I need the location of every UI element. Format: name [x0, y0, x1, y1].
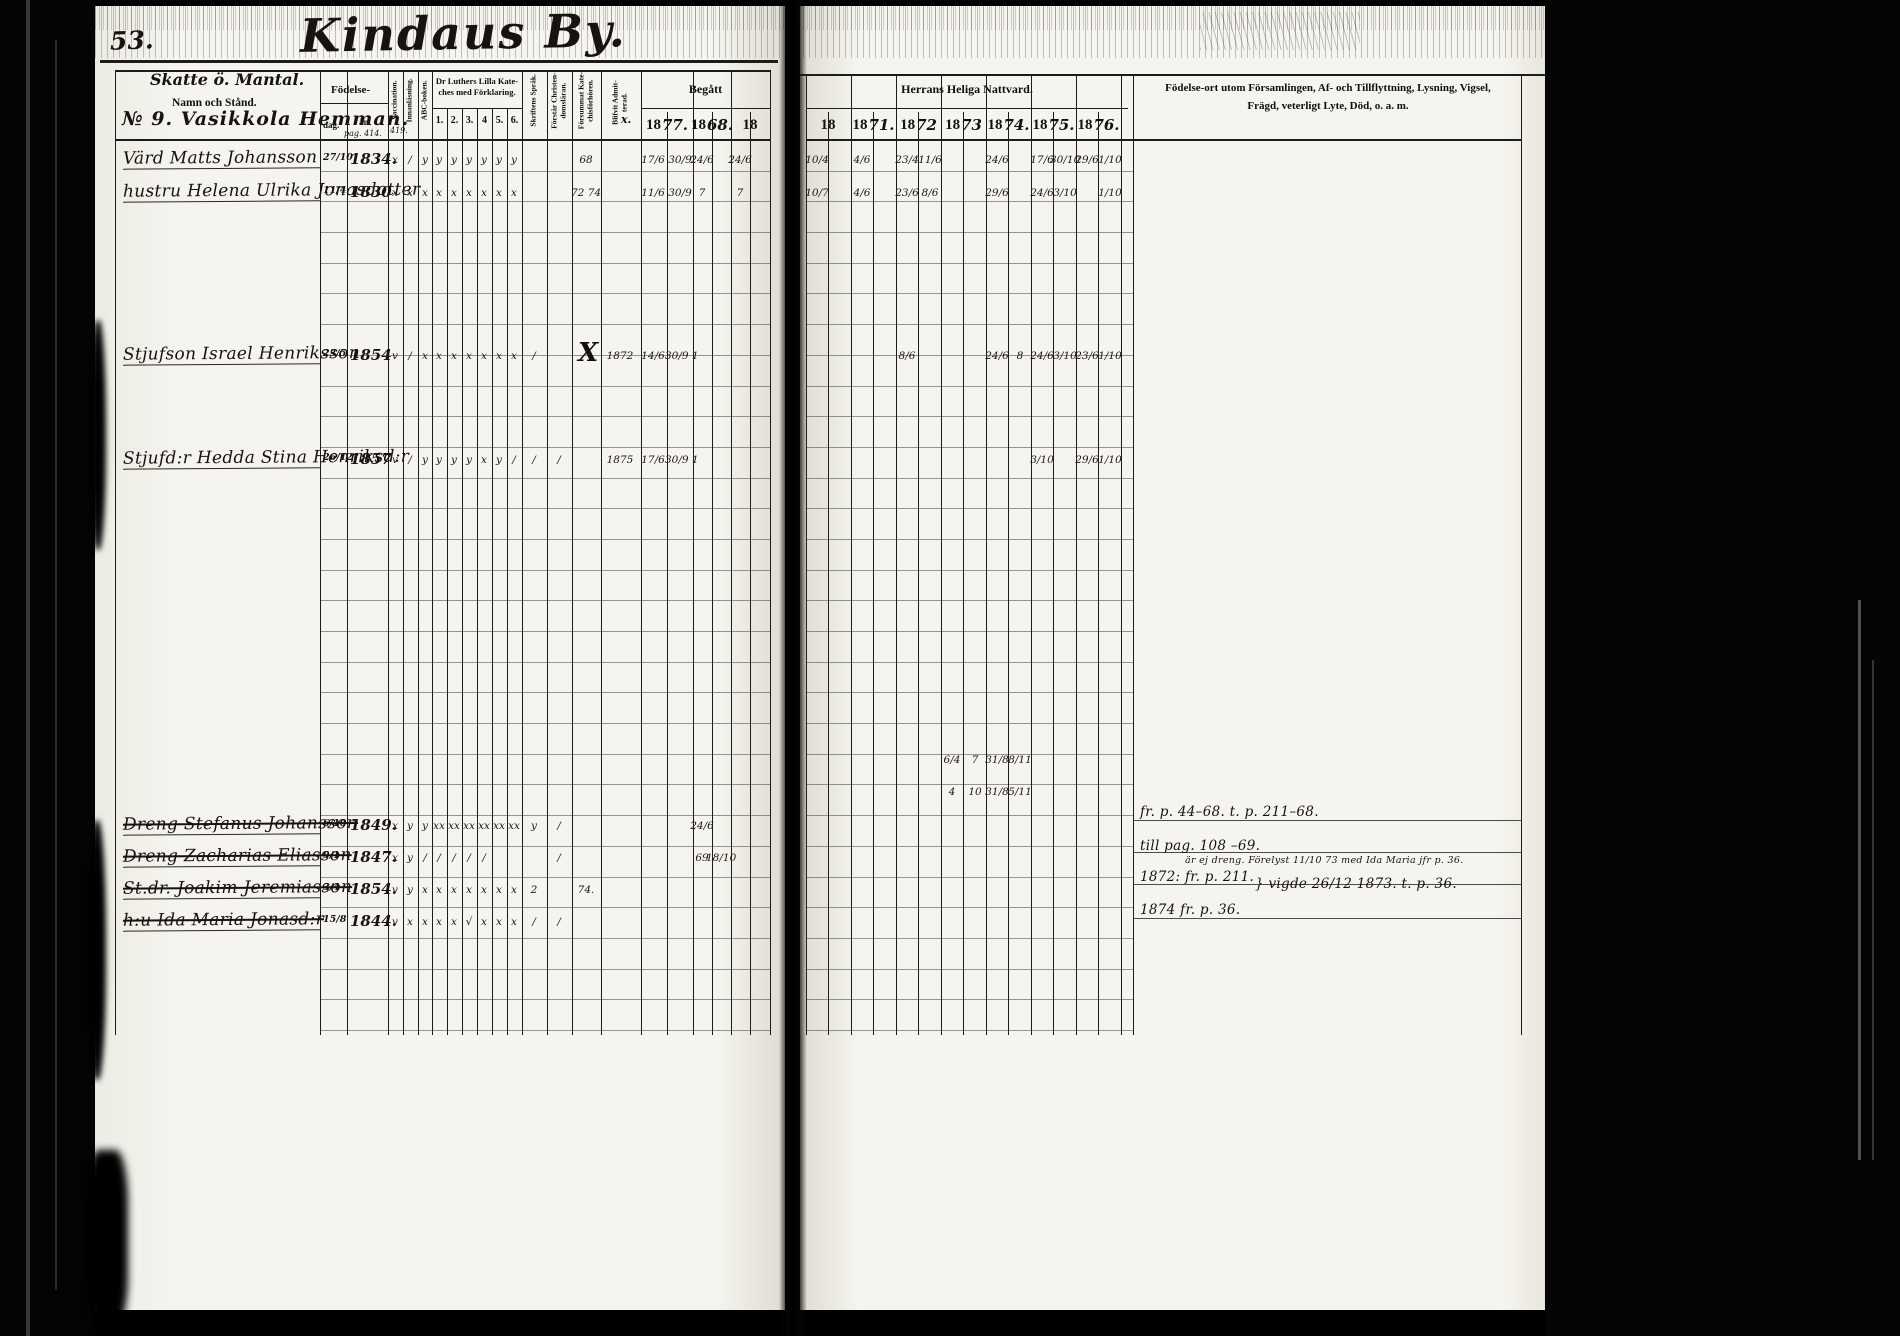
scan-streak: [55, 40, 57, 1290]
grid-line: [320, 324, 770, 325]
grid-line: [320, 938, 770, 939]
grid-line: [806, 600, 1133, 601]
page-title: Kindaus By.: [300, 3, 627, 63]
year-label: 1868.: [693, 112, 731, 138]
grid-line: [873, 112, 874, 1035]
year-handwritten: 71.: [868, 116, 894, 134]
year-handwritten: 72: [916, 116, 937, 134]
birth-day: 23/5: [323, 348, 346, 359]
grid-line: [115, 70, 770, 72]
header-notes-line1: Födelse-ort utom Församlingen, Af- och T…: [1140, 80, 1516, 98]
header-skatte-mantal: Skatte ö. Mantal.: [150, 70, 304, 89]
grid-line: [806, 386, 1133, 387]
ink-blot: [86, 1150, 128, 1328]
grid-line: [320, 171, 770, 172]
grid-line: [320, 784, 770, 785]
year-handwritten: 74.: [1003, 116, 1029, 134]
grid-line: [806, 508, 1133, 509]
table-cell-mark: 1/10: [1095, 350, 1125, 362]
grid-line: [320, 539, 770, 540]
ink-blot: [90, 320, 106, 550]
person-name: Dreng Stefanus Johansson: [123, 813, 321, 835]
header-forsummat-katekesforhoren: Försummat Kate- chisförhören.: [577, 68, 594, 134]
year-printed: 18: [1077, 117, 1092, 134]
year-handwritten: 76.: [1093, 116, 1119, 134]
table-cell-mark: 2: [519, 884, 549, 896]
grid-line: [731, 70, 732, 1035]
table-cell-mark: 3/10: [1027, 454, 1057, 466]
year-printed: 18: [987, 117, 1002, 134]
table-cell-mark: 8/11: [1005, 754, 1035, 766]
person-name: h:u Ida Maria Jonasd:r: [123, 909, 321, 931]
grid-line: [806, 293, 1133, 294]
margin-note: fr. p. 44–68. t. p. 211–68.: [1140, 804, 1319, 820]
margin-note: 1872: fr. p. 211.: [1140, 869, 1254, 885]
grid-line: [806, 1030, 1133, 1031]
year-label: 1872: [896, 112, 941, 138]
grid-line: [896, 75, 897, 1035]
grid-line: [806, 447, 1133, 448]
grid-line: [806, 201, 1133, 202]
grid-line: [320, 201, 770, 202]
page-number: 53.: [110, 25, 154, 56]
table-cell-mark: 1872: [605, 350, 635, 362]
grid-line: [851, 75, 852, 1035]
grid-line: [320, 692, 770, 693]
grid-line: [806, 846, 1133, 847]
grid-line: [320, 999, 770, 1000]
table-cell-mark: /: [544, 454, 574, 466]
grid-line: [320, 662, 770, 663]
grid-line: [918, 112, 919, 1035]
grid-line: [806, 815, 1133, 816]
grid-line: [770, 70, 771, 1035]
header-notes-column: Födelse-ort utom Församlingen, Af- och T…: [1140, 80, 1516, 115]
year-label: 1873: [941, 112, 986, 138]
grid-line: [320, 877, 770, 878]
grid-line: [963, 112, 964, 1035]
grid-line: [750, 112, 751, 1035]
grid-line: [806, 907, 1133, 908]
left-scan-margin: [0, 0, 95, 1336]
grid-line: [320, 103, 388, 104]
year-handwritten: 75.: [1048, 116, 1074, 134]
birth-day: 15/8: [323, 914, 346, 925]
grid-line: [115, 70, 116, 1035]
grid-line: [1098, 112, 1099, 1035]
year-printed: 18: [691, 117, 706, 134]
person-name: Dreng Zacharias Eliasson: [123, 845, 321, 867]
table-cell-mark: 11/6: [915, 154, 945, 166]
year-printed: 18: [743, 117, 758, 134]
header-abc-boken: ABC-boken.: [421, 67, 430, 133]
table-cell-mark: y: [499, 154, 529, 166]
grid-line: [1521, 75, 1522, 1035]
table-cell-mark: 30/9 1: [665, 350, 695, 362]
year-printed: 18: [821, 117, 836, 134]
table-cell-mark: 17/6: [638, 154, 668, 166]
table-cell-mark: 1875: [605, 454, 635, 466]
katekes-column-number: 2.: [447, 115, 462, 126]
grid-line: [320, 570, 770, 571]
handwritten-mark: x.: [621, 113, 631, 126]
grid-line: [806, 969, 1133, 970]
birth-day: 6/10: [323, 818, 346, 829]
table-cell-mark: 4/6: [847, 187, 877, 199]
table-cell-mark: 29/6: [982, 187, 1012, 199]
grid-line: [941, 75, 942, 1035]
grid-line: [320, 386, 770, 387]
table-cell-mark: 3/10: [1050, 187, 1080, 199]
grid-line: [320, 907, 770, 908]
farm-subheader: № 9. Vasikkola Hemman.: [122, 108, 409, 130]
table-cell-mark: 30/9 1: [665, 454, 695, 466]
table-cell-mark: 14/6: [638, 350, 668, 362]
header-katekes-line1: Dr Luthers Lilla Kate-: [432, 76, 522, 87]
large-cross-mark: X: [578, 338, 598, 368]
table-cell-mark: 24/6: [725, 154, 755, 166]
table-cell-mark: 4/6: [847, 154, 877, 166]
person-name: hustru Helena Ulrika Jonasdotter: [123, 180, 321, 202]
year-printed: 18: [945, 117, 960, 134]
grid-line: [806, 631, 1133, 632]
grid-line: [1121, 75, 1122, 1035]
grid-line: [320, 508, 770, 509]
grid-line: [115, 139, 770, 141]
birth-day: 27/10: [323, 152, 353, 163]
grid-line: [601, 70, 602, 1035]
grid-line: [1076, 75, 1077, 1035]
header-katekes-line2: ches med Förklaring.: [432, 87, 522, 98]
katekes-column-number: 6.: [507, 115, 522, 126]
grid-line: [806, 324, 1133, 325]
grid-line: [320, 478, 770, 479]
table-cell-mark: /: [544, 916, 574, 928]
person-name: Värd Matts Johansson: [123, 147, 321, 169]
scan-streak: [1872, 660, 1874, 1160]
grid-line: [667, 112, 668, 1035]
grid-line: [1053, 112, 1054, 1035]
grid-line: [320, 631, 770, 632]
year-printed: 18: [646, 117, 661, 134]
grid-line: [320, 263, 770, 264]
year-label: 1876.: [1076, 112, 1121, 138]
grid-line: [641, 108, 770, 109]
grid-line: [806, 877, 1133, 878]
table-cell-mark: 24/6: [982, 154, 1012, 166]
grid-line: [800, 74, 1545, 76]
grid-line: [806, 139, 1521, 141]
table-cell-mark: 7: [687, 187, 717, 199]
book-gutter: [779, 0, 807, 1336]
grid-line: [1008, 112, 1009, 1035]
grid-line: [693, 70, 694, 1035]
table-cell-mark: /: [469, 852, 499, 864]
grid-line: [806, 171, 1133, 172]
katekes-column-number: 5.: [492, 115, 507, 126]
table-cell-mark: 17/6: [638, 454, 668, 466]
person-name: Stjufd:r Hedda Stina Henriksd:r: [123, 447, 321, 469]
table-cell-mark: 7: [725, 187, 755, 199]
year-label: 18: [731, 112, 770, 138]
grid-line: [320, 600, 770, 601]
grid-line: [320, 232, 770, 233]
grid-line: [806, 570, 1133, 571]
scan-streak: [26, 0, 30, 1336]
grid-line: [1133, 918, 1521, 919]
table-cell-mark: 18/10: [706, 852, 736, 864]
year-label: 1875.: [1031, 112, 1076, 138]
grid-line: [1133, 820, 1521, 821]
right-scan-margin: [1545, 0, 1900, 1336]
grid-line: [828, 112, 829, 1035]
header-katekes: Dr Luthers Lilla Kate- ches med Förklari…: [432, 76, 522, 99]
birth-day: 3/4: [323, 882, 340, 893]
scan-streak: [1858, 600, 1861, 1160]
header-skriftens-sprak: Skriftens Språk.: [530, 67, 539, 133]
table-cell-mark: 11/6: [638, 187, 668, 199]
table-cell-mark: 5/11: [1005, 786, 1035, 798]
year-label: 1871.: [851, 112, 896, 138]
grid-line: [806, 723, 1133, 724]
year-label: 18: [806, 112, 851, 138]
church-record-book-spread: 53. Kindaus By. Skatte ö. Mantal. Namn o…: [0, 0, 1900, 1336]
year-handwritten: 68.: [707, 116, 733, 134]
grid-line: [320, 293, 770, 294]
year-handwritten: 73: [961, 116, 982, 134]
grid-line: [320, 723, 770, 724]
grid-line: [432, 108, 522, 109]
header-herrans-heliga-nattvard: Herrans Heliga Nattvard.: [806, 82, 1128, 97]
year-label: 1874.: [986, 112, 1031, 138]
grid-line: [320, 754, 770, 755]
grid-line: [806, 662, 1133, 663]
pencil-hatch-marks: [1200, 12, 1360, 50]
header-begatt: Begått: [641, 82, 770, 97]
birth-day: 9/1: [323, 850, 340, 861]
table-cell-mark: 72 74: [571, 187, 601, 199]
grid-line: [806, 108, 1128, 109]
katekes-column-number: 3.: [462, 115, 477, 126]
table-cell-mark: x: [499, 187, 529, 199]
table-cell-mark: 10/7: [802, 187, 832, 199]
person-name: Stjufson Israel Henriksson: [123, 343, 321, 365]
grid-line: [806, 416, 1133, 417]
year-printed: 18: [852, 117, 867, 134]
margin-note: } vigde 26/12 1873. t. p. 36.: [1255, 876, 1457, 892]
grid-line: [806, 999, 1133, 1000]
birth-day: 26/12: [323, 452, 353, 463]
table-cell-mark: /: [544, 852, 574, 864]
table-cell-mark: 1/10: [1095, 154, 1125, 166]
grid-line: [806, 232, 1133, 233]
grid-line: [320, 416, 770, 417]
table-cell-mark: 8/6: [892, 350, 922, 362]
ink-blot: [88, 820, 106, 1080]
table-cell-mark: 24/6: [687, 154, 717, 166]
page-reference-note: pag. 414.: [344, 129, 382, 138]
katekes-column-number: 1.: [432, 115, 447, 126]
table-cell-mark: 74.: [571, 884, 601, 896]
grid-line: [806, 478, 1133, 479]
table-cell-mark: 24/6: [687, 820, 717, 832]
grid-line: [806, 692, 1133, 693]
grid-line: [806, 263, 1133, 264]
grid-line: [806, 75, 807, 1035]
grid-line: [1133, 75, 1134, 1035]
year-printed: 18: [900, 117, 915, 134]
grid-line: [641, 70, 642, 1035]
header-notes-line2: Frägd, veterligt Lyte, Död, o. a. m.: [1140, 98, 1516, 116]
grid-line: [320, 846, 770, 847]
grid-line: [806, 938, 1133, 939]
year-printed: 18: [1032, 117, 1047, 134]
grid-line: [100, 60, 778, 63]
katekes-column-number: 4: [477, 115, 492, 126]
grid-line: [1031, 75, 1032, 1035]
person-name: St.dr. Joakim Jeremiasson: [123, 877, 321, 899]
grid-line: [320, 1030, 770, 1031]
margin-note: är ej dreng. Förelyst 11/10 73 med Ida M…: [1185, 855, 1464, 866]
grid-line: [986, 75, 987, 1035]
birth-day: 11/4: [323, 185, 346, 196]
table-cell-mark: 10/4: [802, 154, 832, 166]
table-cell-mark: /: [519, 350, 549, 362]
year-handwritten: 77.: [662, 116, 688, 134]
grid-line: [320, 969, 770, 970]
grid-line: [712, 112, 713, 1035]
header-fodelse: Födelse-: [331, 84, 370, 96]
header-forstar-christendomslaran: Förstår Christen- domsläran.: [550, 68, 567, 134]
grid-line: [806, 539, 1133, 540]
year-label: 1877.: [641, 112, 693, 138]
table-cell-mark: 8/6: [915, 187, 945, 199]
margin-note: till pag. 108 –69.: [1140, 838, 1260, 854]
table-cell-mark: /: [544, 820, 574, 832]
margin-note: 1874 fr. p. 36.: [1140, 902, 1240, 918]
table-cell-mark: 1/10: [1095, 454, 1125, 466]
table-cell-mark: 1/10: [1095, 187, 1125, 199]
table-cell-mark: 68: [571, 154, 601, 166]
